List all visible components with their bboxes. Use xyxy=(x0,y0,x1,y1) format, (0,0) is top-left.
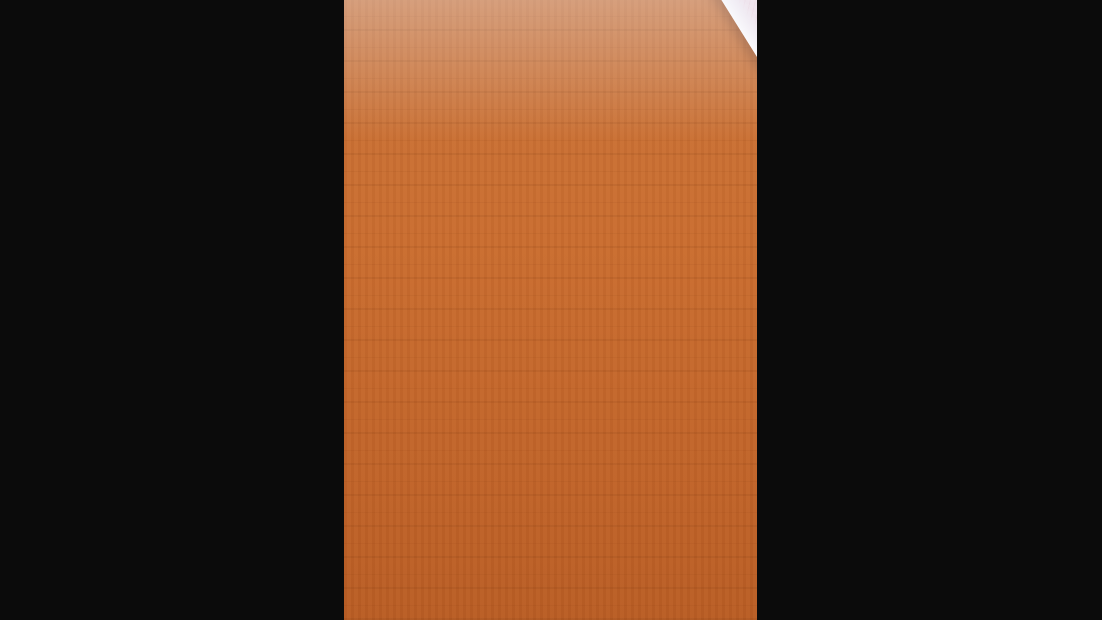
driving-licence-card: BUNDESREPUBLIK FÜHRERSCHEIN 1.Franke 2.A… xyxy=(484,0,757,468)
card-shine xyxy=(484,0,757,468)
card-edge xyxy=(484,0,757,468)
depth-of-field-blur xyxy=(344,0,757,140)
card-body xyxy=(484,0,757,468)
card-divider-line xyxy=(617,0,757,221)
letterbox-left xyxy=(0,0,344,620)
photo: BUNDESREPUBLIK FÜHRERSCHEIN 1.Franke 2.A… xyxy=(344,0,757,620)
letterbox-right xyxy=(757,0,1102,620)
